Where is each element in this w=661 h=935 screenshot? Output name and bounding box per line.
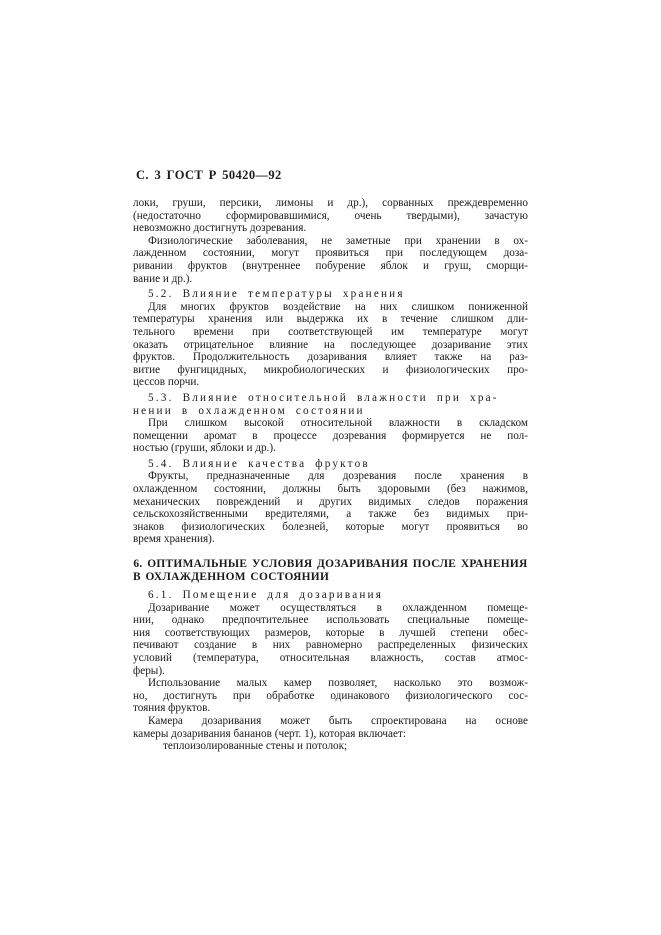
text-line: В ОХЛАЖДЕННОМ СОСТОЯНИИ bbox=[133, 571, 528, 584]
spaced-heading: 5.4. Влияние качества фруктов bbox=[133, 458, 528, 471]
text-line: Фрукты, предназначенные для дозревания п… bbox=[133, 470, 528, 483]
page-content: С. 3 ГОСТ Р 50420—92 локи, груши, персик… bbox=[133, 168, 528, 753]
list-item: теплоизолированные стены и потолок; bbox=[133, 740, 528, 753]
text-line: нии, однако предпочтительнее использоват… bbox=[133, 614, 528, 627]
text-line: камеры дозаривания бананов (черт. 1), ко… bbox=[133, 728, 528, 741]
paragraph: Дозаривание может осуществляться в охлаж… bbox=[133, 602, 528, 678]
text-line: сельскохозяйственными вредителями, а так… bbox=[133, 508, 528, 521]
paragraph: Для многих фруктов воздействие на них сл… bbox=[133, 301, 528, 389]
text-line: лажденном состоянии, могут проявиться пр… bbox=[133, 247, 528, 260]
text-line: время хранения). bbox=[133, 533, 528, 546]
text-line: Физиологические заболевания, не заметные… bbox=[133, 235, 528, 248]
text-line: охлажденном состоянии, должны быть здоро… bbox=[133, 483, 528, 496]
text-line: температуры хранения или выдержка их в т… bbox=[133, 313, 528, 326]
text-line: ривании фруктов (внутреннее побурение яб… bbox=[133, 260, 528, 273]
text-line: Для многих фруктов воздействие на них сл… bbox=[133, 301, 528, 314]
text-line: Использование малых камер позволяет, нас… bbox=[133, 677, 528, 690]
text-line: тояния фруктов. bbox=[133, 702, 528, 715]
text-line: ностью (груши, яблоки и др.). bbox=[133, 442, 528, 455]
text-line: помещении аромат в процессе дозревания ф… bbox=[133, 430, 528, 443]
text-line: знаков физиологических болезней, которые… bbox=[133, 521, 528, 534]
text-line: (недостаточно сформировавшимися, очень т… bbox=[133, 210, 528, 223]
text-line: 5.4. Влияние качества фруктов bbox=[133, 458, 528, 471]
spaced-heading: 5.2. Влияние температуры хранения bbox=[133, 288, 528, 301]
spaced-heading: 5.3. Влияние относительной влажности при… bbox=[133, 392, 528, 417]
paragraph: Использование малых камер позволяет, нас… bbox=[133, 677, 528, 715]
paragraph: Фрукты, предназначенные для дозревания п… bbox=[133, 470, 528, 546]
text-line: феры). bbox=[133, 665, 528, 678]
text-line: фруктов. Продолжительность дозаривания в… bbox=[133, 351, 528, 364]
text-line: Дозаривание может осуществляться в охлаж… bbox=[133, 602, 528, 615]
text-line: цессов порчи. bbox=[133, 376, 528, 389]
text-line: вание и др.). bbox=[133, 273, 528, 286]
paragraph-continuation: локи, груши, персики, лимоны и др.), сор… bbox=[133, 197, 528, 235]
text-line: При слишком высокой относительной влажно… bbox=[133, 417, 528, 430]
text-line: 5.2. Влияние температуры хранения bbox=[133, 288, 528, 301]
spaced-heading: 6.1. Помещение для дозаривания bbox=[133, 589, 528, 602]
text-line: ния соответствующих размеров, которые в … bbox=[133, 627, 528, 640]
text-line: Камера дозаривания может быть спроектиро… bbox=[133, 715, 528, 728]
text-line: невозможно достигнуть дозревания. bbox=[133, 222, 528, 235]
text-line: тельного времени при соответствующей им … bbox=[133, 326, 528, 339]
text-line: нении в охлажденном состоянии bbox=[133, 405, 528, 418]
text-line: витие фунгицидных, микробиологических и … bbox=[133, 364, 528, 377]
document-body: локи, груши, персики, лимоны и др.), сор… bbox=[133, 197, 528, 753]
text-line: но, достигнуть при обработке одинакового… bbox=[133, 690, 528, 703]
text-line: оказать отрицательное влияние на последу… bbox=[133, 339, 528, 352]
text-line: 6. ОПТИМАЛЬНЫЕ УСЛОВИЯ ДОЗАРИВАНИЯ ПОСЛЕ… bbox=[133, 558, 528, 571]
paragraph: При слишком высокой относительной влажно… bbox=[133, 417, 528, 455]
scanned-page: С. 3 ГОСТ Р 50420—92 локи, груши, персик… bbox=[0, 0, 661, 935]
text-line: 6.1. Помещение для дозаривания bbox=[133, 589, 528, 602]
text-line: 5.3. Влияние относительной влажности при… bbox=[133, 392, 528, 405]
paragraph: Камера дозаривания может быть спроектиро… bbox=[133, 715, 528, 740]
text-line: печивают создание в них равномерно распр… bbox=[133, 639, 528, 652]
section-heading: 6. ОПТИМАЛЬНЫЕ УСЛОВИЯ ДОЗАРИВАНИЯ ПОСЛЕ… bbox=[133, 558, 528, 584]
text-line: локи, груши, персики, лимоны и др.), сор… bbox=[133, 197, 528, 210]
paragraph: Физиологические заболевания, не заметные… bbox=[133, 235, 528, 285]
page-header: С. 3 ГОСТ Р 50420—92 bbox=[136, 168, 528, 183]
text-line: теплоизолированные стены и потолок; bbox=[133, 740, 528, 753]
text-line: условий (температура, относительная влаж… bbox=[133, 652, 528, 665]
text-line: механических повреждений и других видимы… bbox=[133, 496, 528, 509]
